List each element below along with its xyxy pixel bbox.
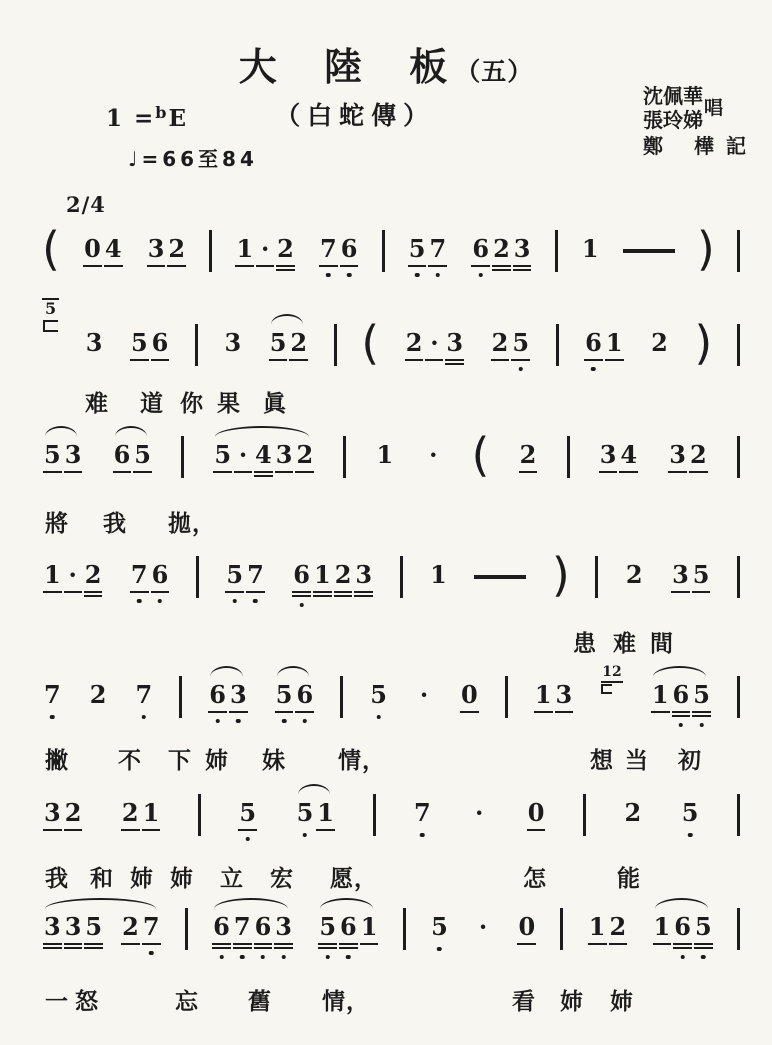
octave-dot <box>253 599 258 604</box>
note: 5 <box>297 798 314 827</box>
note-value: 3 <box>65 914 82 940</box>
note: 6 <box>674 912 691 941</box>
barline <box>373 794 376 836</box>
beam <box>513 269 532 271</box>
note-value: 2 <box>85 562 102 588</box>
note: 3 <box>446 328 463 357</box>
slur-arc <box>298 784 330 796</box>
note-value: 5 <box>693 682 710 708</box>
beam <box>151 591 170 593</box>
beam <box>275 711 294 713</box>
note-value: 3 <box>86 330 103 356</box>
beam <box>318 947 337 949</box>
note-value: 6 <box>255 914 272 940</box>
slur-arc <box>655 898 708 910</box>
singer-2: 張玲娣 <box>643 108 703 132</box>
note: · <box>426 328 442 357</box>
note: 3 <box>224 328 241 357</box>
note-value: · <box>430 330 438 356</box>
lyric-char: 情， <box>322 983 370 1016</box>
note-value: 6 <box>296 682 313 708</box>
note-value: 2 <box>651 330 668 356</box>
note-value: 2 <box>122 800 139 826</box>
barline <box>334 324 337 366</box>
beam <box>354 591 373 593</box>
slur-arc <box>320 898 373 910</box>
beam <box>671 591 690 593</box>
note-group: 32 <box>146 234 187 263</box>
note: 6 <box>296 680 313 709</box>
note-group: 32 <box>42 798 83 827</box>
note-group: 0 <box>516 912 537 941</box>
note-value: 3 <box>275 914 292 940</box>
lyric-char: 能 <box>617 860 641 893</box>
note: 4 <box>620 440 637 469</box>
note-value: 5 <box>409 236 426 262</box>
note: · <box>475 912 491 941</box>
sheet-music-page: 大 陸 板（五） （白蛇傳） 1 =bE ♩=66至84 2/4 沈佩華 張玲娣… <box>0 0 772 1045</box>
barline <box>343 436 346 478</box>
note-value: 5 <box>297 800 314 826</box>
octave-dot <box>158 599 163 604</box>
note: 3 <box>65 440 82 469</box>
note-group: 2 <box>622 798 643 827</box>
note: 2 <box>122 798 139 827</box>
beam <box>130 359 149 361</box>
beam <box>64 943 83 945</box>
note-group: 5 <box>237 798 258 827</box>
barline <box>583 794 586 836</box>
note-group: 1·2 <box>234 234 295 263</box>
beam <box>445 359 464 361</box>
octave-dot <box>478 273 483 278</box>
octave-dot <box>303 833 308 838</box>
beam <box>492 269 511 271</box>
beam <box>254 475 273 477</box>
note-group: 13 <box>533 680 574 709</box>
title-number: （五） <box>455 57 533 86</box>
octave-dot <box>699 723 704 728</box>
beam <box>234 471 252 473</box>
barline <box>340 676 343 718</box>
lyric-char: 撇 <box>45 742 69 775</box>
note: 6 <box>114 440 131 469</box>
lyric-char: 將 <box>45 505 69 538</box>
note: 3 <box>672 560 689 589</box>
beam <box>130 591 149 593</box>
note-value: 4 <box>105 236 122 262</box>
note: 3 <box>65 912 82 941</box>
note-value: 1 <box>606 330 623 356</box>
note: · <box>65 560 81 589</box>
note: 3 <box>514 234 531 263</box>
note-value: 4 <box>620 442 637 468</box>
dash-note <box>623 249 675 252</box>
note-group: 5·432 <box>212 440 315 469</box>
note: 6 <box>152 328 169 357</box>
note: · <box>471 798 487 827</box>
beam <box>104 265 123 267</box>
lyric-char: 姉 <box>130 860 154 893</box>
barline <box>505 676 508 718</box>
lyric-char: 不 <box>118 742 142 775</box>
lyric-char: 忘 <box>175 983 199 1016</box>
lyric-char: 看 <box>512 983 536 1016</box>
lyric-char: 你 <box>180 385 204 418</box>
parenthesis: ) <box>552 552 570 598</box>
note-value: 5 <box>226 562 243 588</box>
note-group: 51 <box>295 798 336 827</box>
note-value: 1 <box>652 682 669 708</box>
note-value: 3 <box>230 682 247 708</box>
note-value: 6 <box>213 914 230 940</box>
lyric-char: 愿， <box>330 860 378 893</box>
barline <box>400 556 403 598</box>
beam <box>511 359 530 361</box>
barline <box>737 436 740 478</box>
note-group: 623 <box>470 234 532 263</box>
note-group: 2 <box>624 560 645 589</box>
note: 5 <box>44 440 61 469</box>
beam <box>471 265 490 267</box>
beam <box>64 591 82 593</box>
octave-dot <box>303 719 308 724</box>
note-group: 33527 <box>42 912 162 941</box>
note: 5 <box>693 560 710 589</box>
beam <box>274 943 293 945</box>
slur-arc <box>45 898 156 910</box>
note-value: 3 <box>65 442 82 468</box>
octave-dot <box>232 599 237 604</box>
note: 5 <box>134 440 151 469</box>
pickup-note: 5 <box>42 298 59 332</box>
note-group: 1 <box>428 560 449 589</box>
pickup-bracket-icon <box>43 320 58 332</box>
note: 6 <box>255 912 272 941</box>
beam <box>64 471 83 473</box>
note: 3 <box>600 440 617 469</box>
note-group: 1 <box>374 440 395 469</box>
barline <box>560 908 563 950</box>
beam <box>295 711 314 713</box>
lyrics-line-7: 一怒忘舊情，看姉姉 <box>40 983 740 1013</box>
lyric-char: 姉 <box>560 983 584 1016</box>
beam <box>692 715 711 717</box>
parenthesis: ( <box>472 432 490 478</box>
note: 5 <box>512 328 529 357</box>
note-group: · <box>423 440 443 469</box>
barline <box>179 676 182 718</box>
lyric-char: 下 <box>168 742 192 775</box>
note-value: 0 <box>84 236 101 262</box>
note-value: 3 <box>672 562 689 588</box>
note-value: 6 <box>341 236 358 262</box>
octave-dot <box>688 833 693 838</box>
note-value: 5 <box>270 330 287 356</box>
note-group: 7 <box>134 680 155 709</box>
lyric-char: 我 <box>45 860 69 893</box>
beam <box>692 711 711 713</box>
lyrics-line-6: 我和姉姉立宏愿，怎能 <box>40 860 740 890</box>
beam <box>167 265 186 267</box>
beam <box>64 947 83 949</box>
beam <box>256 265 274 267</box>
recorder-role: 記 <box>726 134 746 158</box>
octave-dot <box>436 273 441 278</box>
singer-names: 沈佩華 張玲娣 <box>643 84 703 133</box>
beam <box>519 471 538 473</box>
beam <box>313 595 332 597</box>
beam <box>225 591 244 593</box>
note-group: 2 <box>88 680 109 709</box>
beam <box>147 265 166 267</box>
beam <box>142 829 161 831</box>
beam <box>619 471 638 473</box>
note-group: 2 <box>649 328 670 357</box>
beam <box>274 947 293 949</box>
beam <box>292 595 311 597</box>
octave-dot <box>215 719 220 724</box>
note: 0 <box>528 798 545 827</box>
note-value: 3 <box>224 330 241 356</box>
beam <box>694 947 713 949</box>
beam <box>233 947 252 949</box>
octave-dot <box>261 955 266 960</box>
note-value: 7 <box>414 800 431 826</box>
note: 3 <box>275 912 292 941</box>
dash-note <box>474 575 526 578</box>
note: 2 <box>335 560 352 589</box>
slur-arc <box>45 426 77 438</box>
beam <box>43 591 62 593</box>
note-value: 3 <box>514 236 531 262</box>
octave-dot <box>281 955 286 960</box>
note: 3 <box>669 440 686 469</box>
note-group: 57 <box>224 560 265 589</box>
note-group: 165 <box>652 912 714 941</box>
beam <box>673 947 692 949</box>
note-value: 2 <box>290 330 307 356</box>
note-group: 12 <box>587 912 628 941</box>
note-value: 6 <box>674 914 691 940</box>
beam <box>491 359 510 361</box>
beam <box>235 265 254 267</box>
slur-arc <box>210 666 242 678</box>
note-group: 65 <box>112 440 153 469</box>
note-value: 5 <box>682 800 699 826</box>
beam <box>238 829 257 831</box>
lyric-char: 当 <box>625 742 649 775</box>
note: 5 <box>270 328 287 357</box>
note: · <box>235 440 251 469</box>
octave-dot <box>245 837 250 842</box>
beam <box>133 471 152 473</box>
note-value: 3 <box>556 682 573 708</box>
note: 6 <box>673 680 690 709</box>
note-value: 5 <box>693 562 710 588</box>
note: 5 <box>682 798 699 827</box>
beam <box>316 829 335 831</box>
lyric-char: 姉 <box>170 860 194 893</box>
note: 1 <box>236 234 253 263</box>
note-value: 1 <box>236 236 253 262</box>
note-group: 6123 <box>291 560 374 589</box>
note: 1 <box>606 328 623 357</box>
note-group: 165 <box>650 680 712 709</box>
beam <box>289 359 308 361</box>
singer-1: 沈佩華 <box>643 84 703 108</box>
beam <box>517 943 536 945</box>
note: 4 <box>105 234 122 263</box>
beam <box>605 359 624 361</box>
opera-subtitle: （白蛇傳） <box>275 101 435 130</box>
barline <box>198 794 201 836</box>
barline <box>555 230 558 272</box>
beam <box>213 471 232 473</box>
beam <box>534 711 553 713</box>
note: 3 <box>148 234 165 263</box>
note: 3 <box>230 680 247 709</box>
beam <box>408 265 427 267</box>
note-group: 7 <box>42 680 63 709</box>
lyric-char: 姉 <box>205 742 229 775</box>
note: 7 <box>429 234 446 263</box>
note: 5 <box>319 912 336 941</box>
beam <box>43 947 62 949</box>
lyric-char: 妹 <box>262 742 286 775</box>
note: 3 <box>44 798 61 827</box>
beam <box>689 471 708 473</box>
note: 1 <box>361 912 378 941</box>
note-value: 1 <box>535 682 552 708</box>
beam <box>354 595 373 597</box>
note: 1 <box>430 560 447 589</box>
note: 3 <box>556 680 573 709</box>
note-value: 6 <box>114 442 131 468</box>
note-value: 7 <box>143 914 160 940</box>
note-value: 5 <box>214 442 231 468</box>
note-value: · <box>479 914 487 940</box>
note-value: 2 <box>492 330 509 356</box>
note-value: 6 <box>152 330 169 356</box>
beam <box>254 943 273 945</box>
note: 2 <box>406 328 423 357</box>
note: 1 <box>654 912 671 941</box>
note-value: · <box>475 800 483 826</box>
note: 5 <box>409 234 426 263</box>
beam <box>588 943 607 945</box>
note-value: 2 <box>493 236 510 262</box>
octave-dot <box>415 273 420 278</box>
barline <box>209 230 212 272</box>
beam <box>276 265 295 267</box>
note-group: 2 <box>518 440 539 469</box>
note-value: 1 <box>654 914 671 940</box>
note: 0 <box>461 680 478 709</box>
beam <box>319 265 338 267</box>
lyrics-line-5: 撇不下姉妹情，想当初 <box>40 742 740 772</box>
note-value: 5 <box>695 914 712 940</box>
beam <box>460 711 479 713</box>
note-value: 5 <box>131 330 148 356</box>
note-group: 5 <box>680 798 701 827</box>
note-group: 04 <box>82 234 123 263</box>
note-value: 7 <box>247 562 264 588</box>
notation-line-4: 1·2765761231)235 <box>42 560 740 594</box>
barline <box>737 908 740 950</box>
note-value: 6 <box>152 562 169 588</box>
lyric-char: 道 <box>140 385 164 418</box>
octave-dot <box>346 955 351 960</box>
lyric-char: 一 <box>45 983 69 1016</box>
beam <box>43 471 62 473</box>
beam <box>254 471 273 473</box>
beam <box>318 943 337 945</box>
note-group: 34 <box>598 440 639 469</box>
note-value: 7 <box>44 682 61 708</box>
page-title: 大 陸 板 <box>239 44 451 89</box>
note-value: · <box>429 442 437 468</box>
barline <box>195 324 198 366</box>
lyric-char: 我 <box>103 505 127 538</box>
note-group: 5 <box>368 680 389 709</box>
beam <box>83 265 102 267</box>
octave-dot <box>326 273 331 278</box>
beam <box>84 595 103 597</box>
notation-line-6: 32215517·025 <box>42 798 740 832</box>
notation-line-7: 3352767635615·012165 <box>42 912 740 946</box>
note-group: 52 <box>268 328 309 357</box>
note: 0 <box>84 234 101 263</box>
note: 7 <box>131 560 148 589</box>
octave-dot <box>325 955 330 960</box>
note-value: · <box>420 682 428 708</box>
octave-dot <box>518 367 523 372</box>
notation-line-3: 53655·4321·(23432 <box>42 440 740 474</box>
beam <box>269 359 288 361</box>
note-value: 3 <box>44 914 61 940</box>
octave-dot <box>347 273 352 278</box>
lyric-char: 立 <box>220 860 244 893</box>
barline <box>181 436 184 478</box>
slur-arc <box>271 314 303 326</box>
tempo-marking: ♩=66至84 <box>128 143 258 172</box>
beam <box>84 947 103 949</box>
note-value: 2 <box>406 330 423 356</box>
key-prefix: 1 = <box>106 105 155 132</box>
tempo-value: 66至84 <box>162 147 258 171</box>
note: 6 <box>209 680 226 709</box>
note-value: 2 <box>277 236 294 262</box>
note-group: 53 <box>42 440 83 469</box>
note-value: 6 <box>293 562 310 588</box>
note-value: 2 <box>610 914 627 940</box>
beam <box>334 591 353 593</box>
note: 4 <box>255 440 272 469</box>
note-value: 6 <box>340 914 357 940</box>
lyric-char: 怒 <box>75 983 99 1016</box>
note-group: 3 <box>84 328 105 357</box>
recorder-name: 鄭 樺 <box>643 134 726 158</box>
note: · <box>425 440 441 469</box>
singers-role: 唱 <box>704 97 723 120</box>
octave-dot <box>420 833 425 838</box>
beam <box>212 943 231 945</box>
note-value: 7 <box>136 682 153 708</box>
beam <box>212 947 231 949</box>
note-value: 5 <box>512 330 529 356</box>
note-value: 2 <box>65 800 82 826</box>
